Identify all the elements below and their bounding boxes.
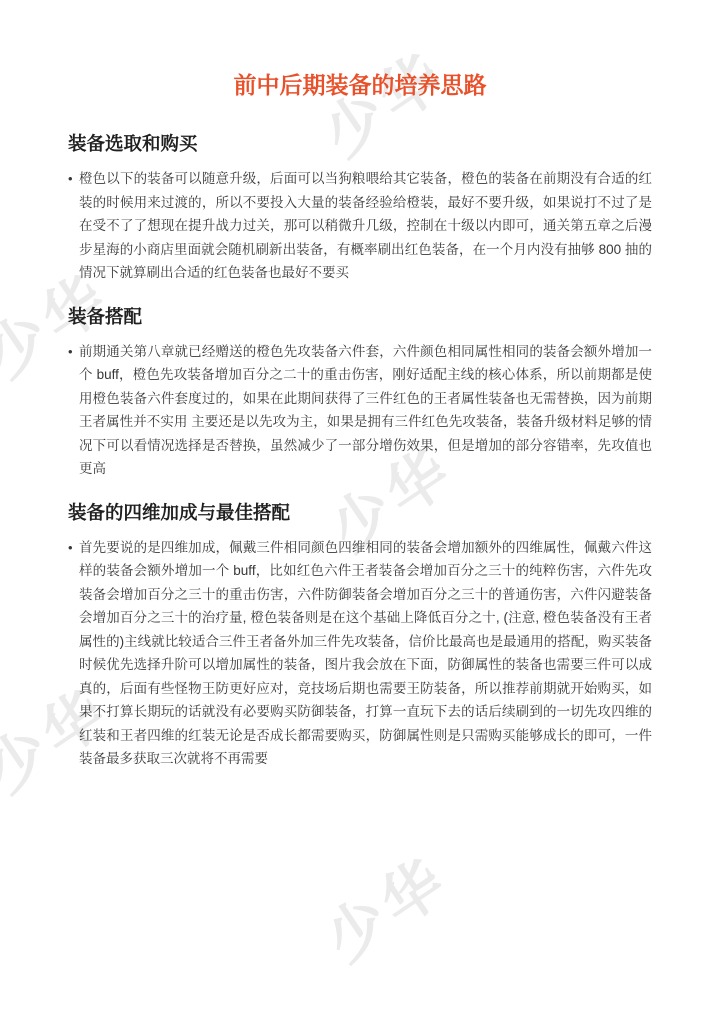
bullet-text: 橙色以下的装备可以随意升级，后面可以当狗粮喂给其它装备，橙色的装备在前期没有合适… [79, 171, 652, 280]
page-title: 前中后期装备的培养思路 [68, 73, 652, 97]
section-four-dim-bonus: 装备的四维加成与最佳搭配 • 首先要说的是四维加成，佩戴三件相同颜色四维相同的装… [68, 502, 652, 771]
section-heading-equipment-selection: 装备选取和购买 [68, 133, 652, 155]
bullet-item: • 橙色以下的装备可以随意升级，后面可以当狗粮喂给其它装备，橙色的装备在前期没有… [68, 167, 652, 285]
document-page: 少华 少华 少华 少华 少华 前中后期装备的培养思路 装备选取和购买 • 橙色以… [0, 0, 720, 1015]
bullet-list: • 首先要说的是四维加成，佩戴三件相同颜色四维相同的装备会增加额外的四维属性，佩… [68, 536, 652, 771]
bullet-marker: • [68, 536, 73, 560]
bullet-item: • 首先要说的是四维加成，佩戴三件相同颜色四维相同的装备会增加额外的四维属性，佩… [68, 536, 652, 771]
section-equipment-matching: 装备搭配 • 前期通关第八章就已经赠送的橙色先攻装备六件套，六件颜色相同属性相同… [68, 306, 652, 481]
bullet-list: • 橙色以下的装备可以随意升级，后面可以当狗粮喂给其它装备，橙色的装备在前期没有… [68, 167, 652, 285]
bullet-list: • 前期通关第八章就已经赠送的橙色先攻装备六件套，六件颜色相同属性相同的装备会额… [68, 340, 652, 481]
bullet-marker: • [68, 167, 73, 191]
bullet-text: 前期通关第八章就已经赠送的橙色先攻装备六件套，六件颜色相同属性相同的装备会额外增… [79, 344, 652, 477]
bullet-marker: • [68, 340, 73, 364]
bullet-text: 首先要说的是四维加成，佩戴三件相同颜色四维相同的装备会增加额外的四维属性，佩戴六… [79, 540, 652, 767]
section-heading-four-dim-bonus: 装备的四维加成与最佳搭配 [68, 502, 652, 524]
watermark-text: 少华 [306, 833, 464, 978]
section-equipment-selection: 装备选取和购买 • 橙色以下的装备可以随意升级，后面可以当狗粮喂给其它装备，橙色… [68, 133, 652, 285]
bullet-item: • 前期通关第八章就已经赠送的橙色先攻装备六件套，六件颜色相同属性相同的装备会额… [68, 340, 652, 481]
document-content: 前中后期装备的培养思路 装备选取和购买 • 橙色以下的装备可以随意升级，后面可以… [0, 0, 720, 771]
section-heading-equipment-matching: 装备搭配 [68, 306, 652, 328]
